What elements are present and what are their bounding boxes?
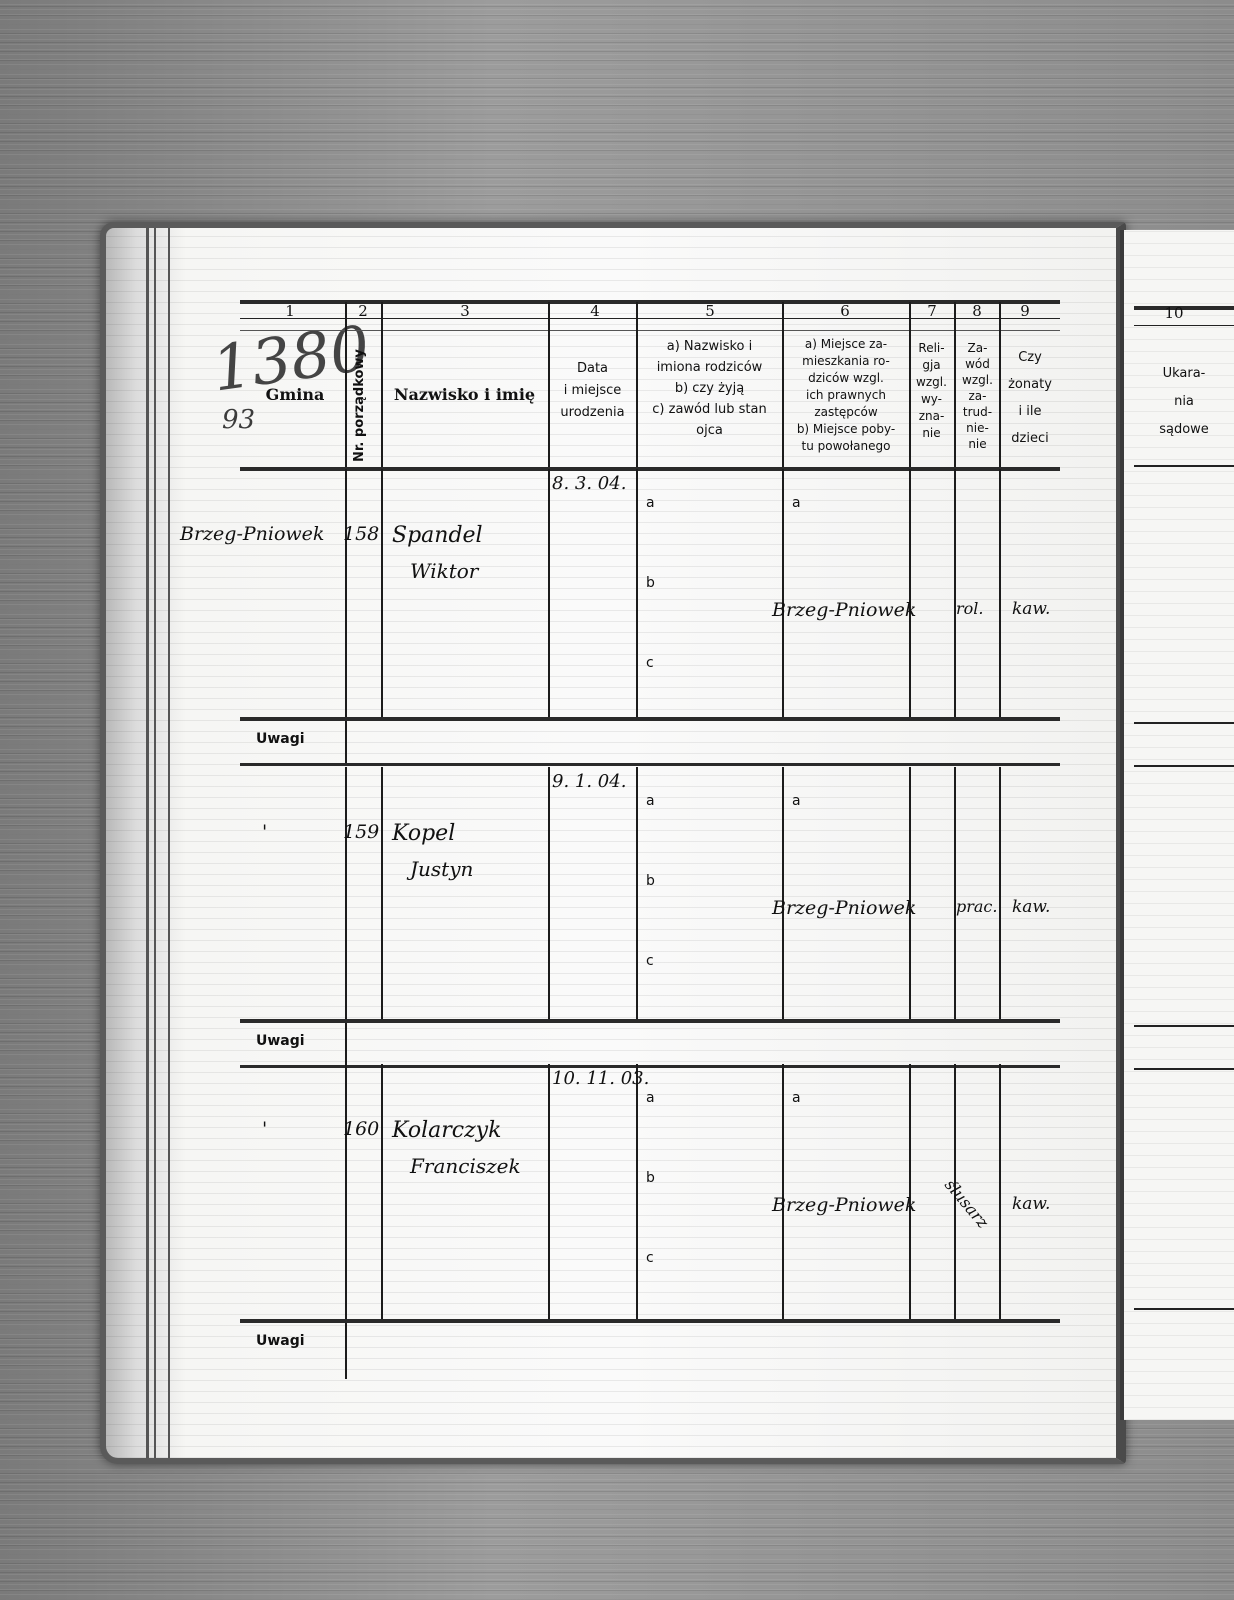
birth-date-value: 9. 1. 04.: [552, 771, 626, 792]
sub-label-c: c: [646, 953, 654, 969]
residence-value: Brzeg-Pniowek: [772, 599, 916, 621]
sub-label-a: a: [646, 495, 655, 511]
surname-value: Spandel: [392, 523, 483, 548]
archive-sub-number: 93: [222, 405, 255, 435]
sub-label-a: a: [792, 1090, 801, 1106]
birth-date-value: 8. 3. 04.: [552, 473, 626, 494]
order-number-value: 160: [343, 1118, 379, 1140]
header-occupation: Za- wód wzgl. za- trud- nie- nie: [955, 340, 1000, 452]
surname-value: Kopel: [392, 821, 455, 846]
order-number-value: 158: [343, 523, 379, 545]
sub-label-b: b: [646, 873, 655, 889]
binding-edge: [154, 228, 156, 1458]
sub-label-a: a: [646, 1090, 655, 1106]
marital-status-value: kaw.: [1012, 599, 1050, 619]
header-punishments: Ukara- nia sądowe: [1134, 360, 1234, 444]
facing-page: 10 Ukara- nia sądowe: [1120, 230, 1234, 1420]
header-marital: Czy żonaty i ile dzieci: [1000, 344, 1060, 452]
header-name: Nazwisko i imię: [382, 386, 547, 404]
sub-label-a: a: [792, 793, 801, 809]
sub-label-b: b: [646, 575, 655, 591]
occupation-value: prac.: [956, 897, 997, 916]
sub-label-c: c: [646, 1250, 654, 1266]
birth-date-value: 10. 11. 03.: [552, 1068, 649, 1089]
header-parents: a) Nazwisko i imiona rodziców b) czy żyj…: [637, 336, 782, 441]
gmina-value: Brzeg-Pniowek: [180, 523, 324, 545]
given-name-value: Wiktor: [410, 559, 478, 583]
surname-value: Kolarczyk: [392, 1118, 501, 1143]
sub-label-b: b: [646, 1170, 655, 1186]
header-order-number: Nr. porządkowy: [352, 349, 367, 462]
given-name-value: Franciszek: [410, 1154, 521, 1178]
order-number-value: 159: [343, 821, 379, 843]
sub-label-c: c: [646, 655, 654, 671]
column-number-7: 7: [912, 302, 952, 320]
occupation-value: rol.: [956, 599, 983, 618]
header-residence: a) Miejsce za- mieszkania ro- dziców wzg…: [783, 336, 909, 455]
column-number-4: 4: [575, 302, 615, 320]
gmina-value: ': [262, 1118, 267, 1140]
binding-edge: [168, 228, 170, 1458]
column-number-1: 1: [270, 302, 310, 320]
column-number-5: 5: [690, 302, 730, 320]
header-birth: Data i miejsce urodzenia: [550, 358, 635, 424]
marital-status-value: kaw.: [1012, 897, 1050, 917]
column-number-8: 8: [957, 302, 997, 320]
remarks-label: Uwagi: [256, 1333, 305, 1349]
header-gmina: Gmina: [250, 386, 340, 404]
column-number-2: 2: [345, 302, 381, 320]
column-number-3: 3: [445, 302, 485, 320]
column-number-9: 9: [1005, 302, 1045, 320]
residence-value: Brzeg-Pniowek: [772, 1194, 916, 1216]
gmina-value: ': [262, 821, 267, 843]
column-number-6: 6: [825, 302, 865, 320]
sub-label-a: a: [792, 495, 801, 511]
binding-edge: [146, 228, 149, 1458]
residence-value: Brzeg-Pniowek: [772, 897, 916, 919]
remarks-label: Uwagi: [256, 1033, 305, 1049]
column-number-10: 10: [1154, 304, 1194, 322]
sub-label-a: a: [646, 793, 655, 809]
given-name-value: Justyn: [410, 857, 473, 881]
remarks-label: Uwagi: [256, 731, 305, 747]
marital-status-value: kaw.: [1012, 1194, 1050, 1214]
header-religion: Reli- gja wzgl. wy- zna- nie: [909, 340, 954, 442]
